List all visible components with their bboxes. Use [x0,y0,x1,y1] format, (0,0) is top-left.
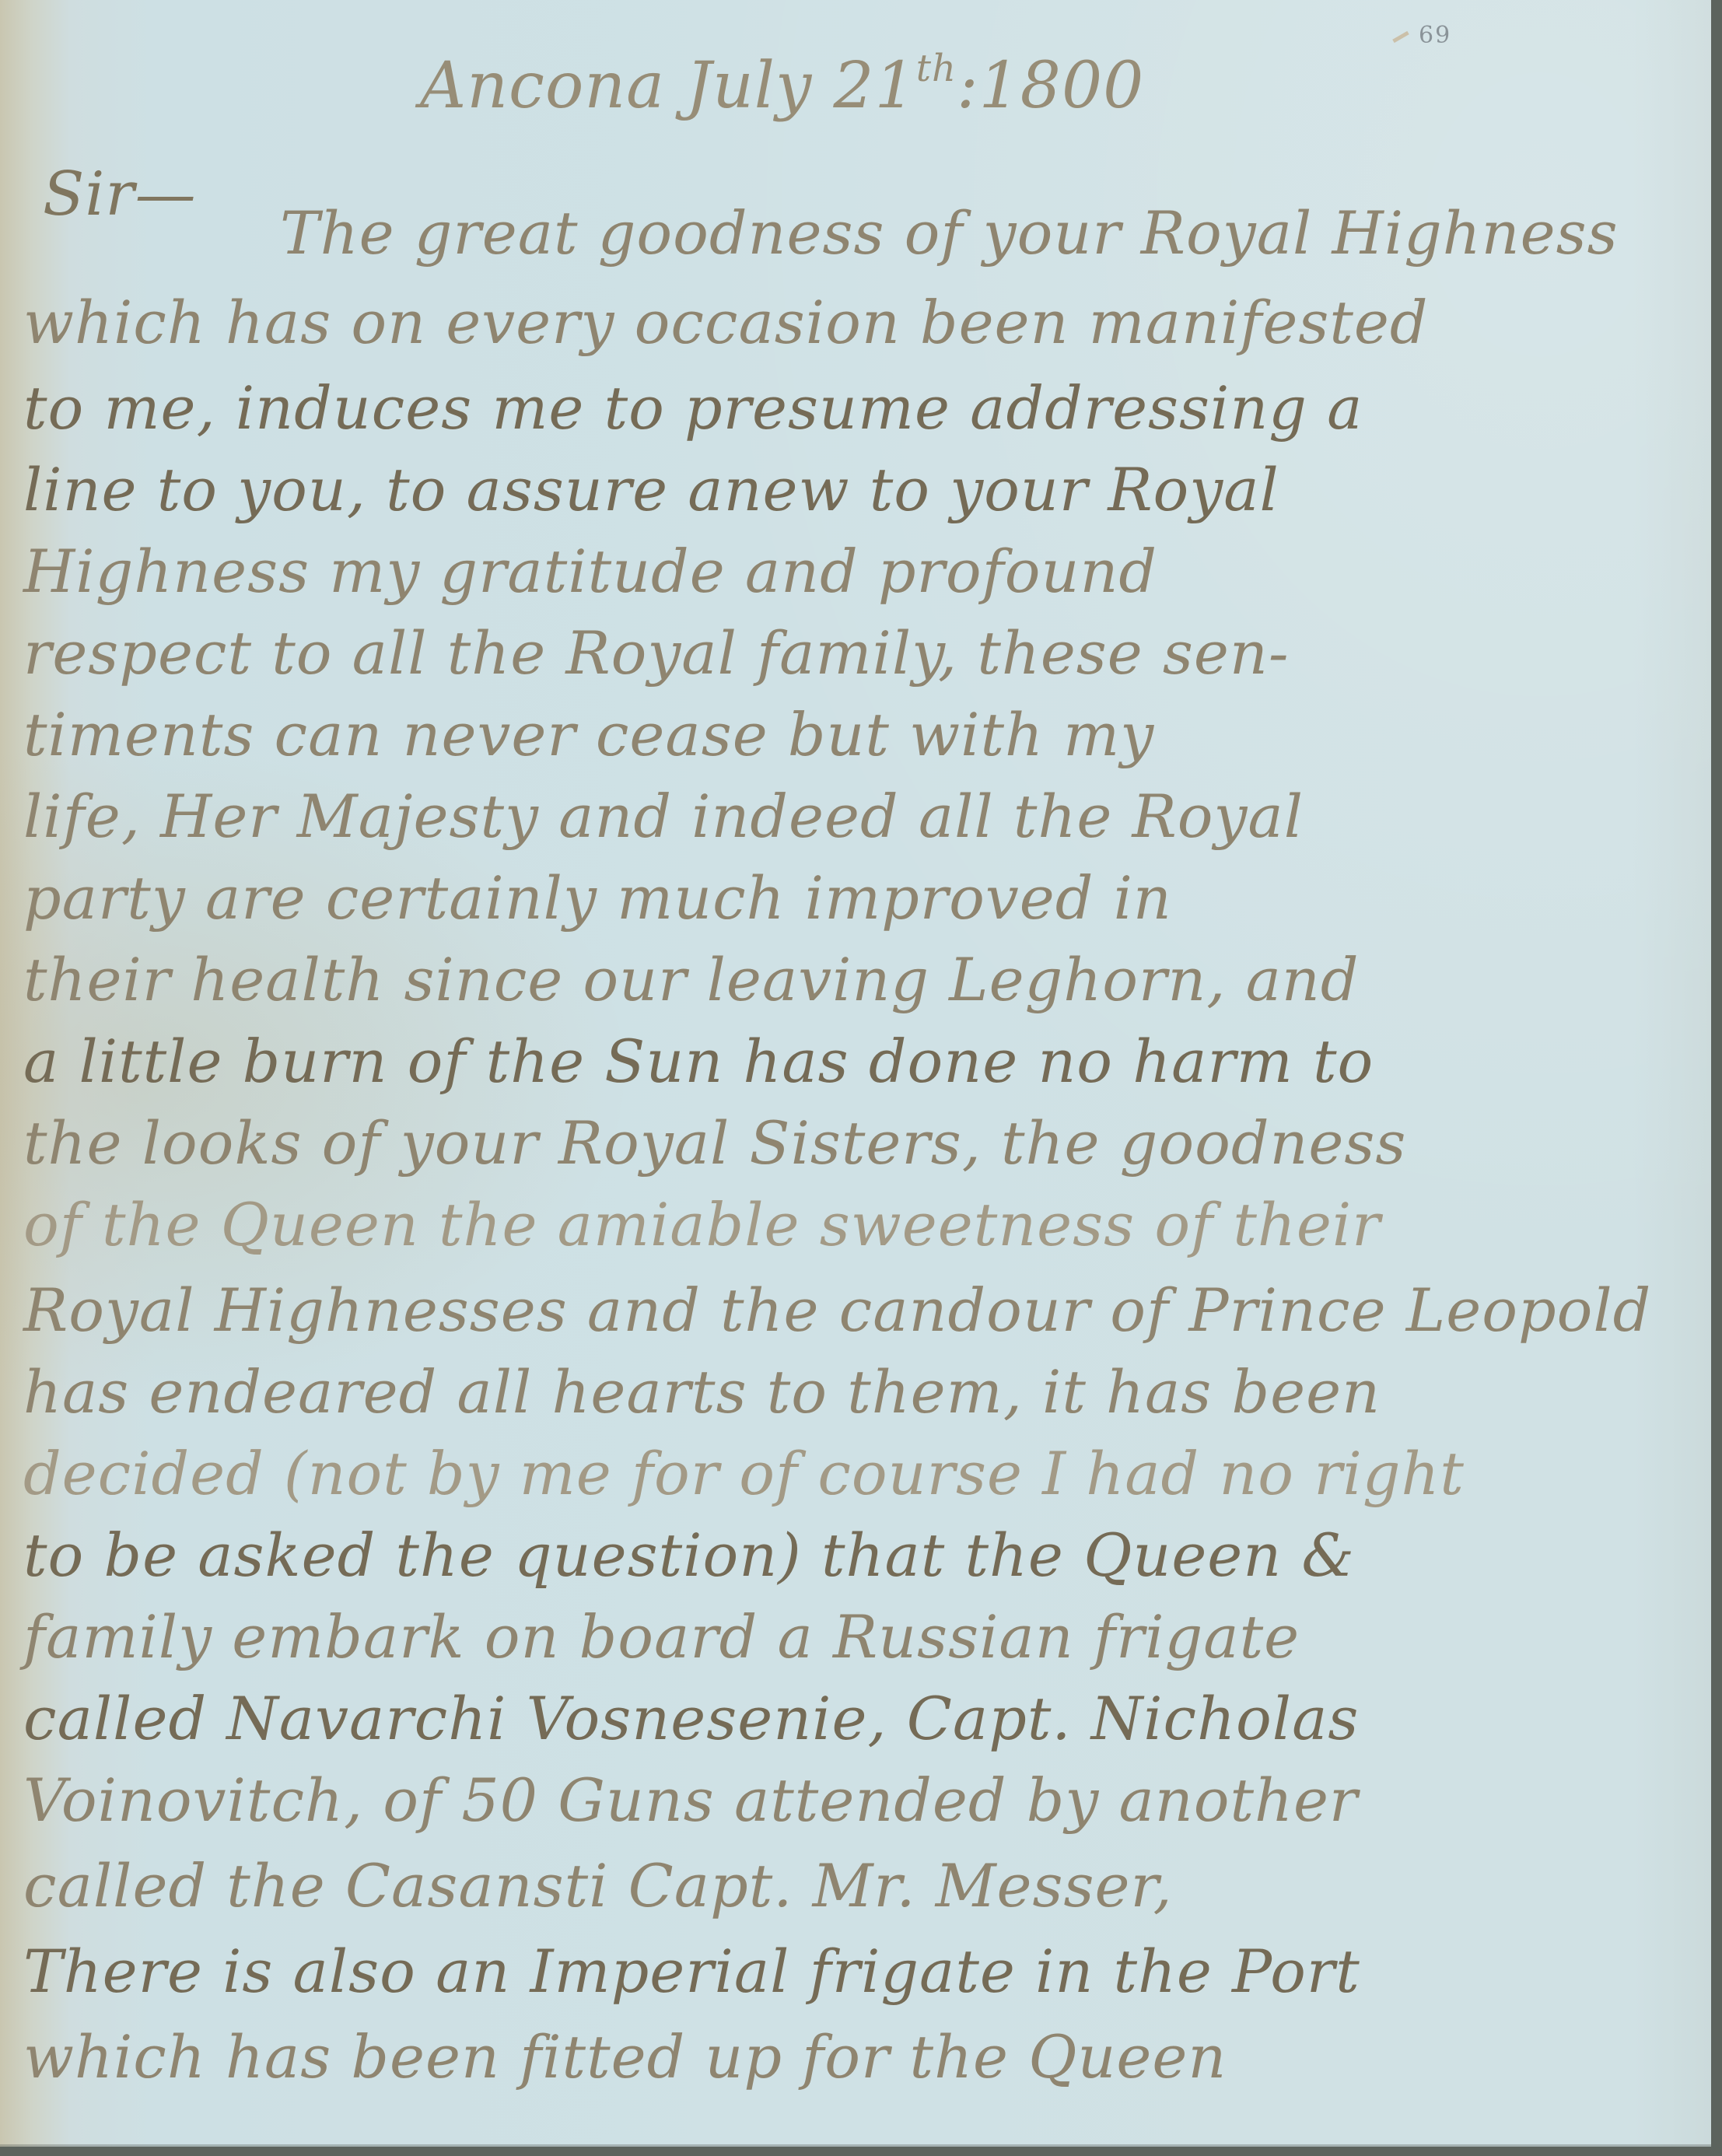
letter-page: 69 Ancona July 21th:1800 Sir— The great … [0,0,1711,2147]
letter-line-6: respect to all the Royal family, these s… [23,618,1696,688]
letter-line-21: called the Casansti Capt. Mr. Messer, [23,1851,1696,1920]
place-name: Ancona [420,49,665,123]
dateline: Ancona July 21th:1800 [420,47,1144,123]
date-day: 21 [833,49,915,123]
salutation: Sir— [43,159,197,229]
letter-line-4: line to you, to assure anew to your Roya… [23,455,1696,524]
letter-line-10: their health since our leaving Leghorn, … [23,945,1696,1014]
letter-line-18: family embark on board a Russian frigate [23,1602,1696,1671]
folio-number: 69 [1392,22,1451,49]
scan-border-right [1711,0,1722,2156]
pencil-tick-mark [1392,30,1409,42]
letter-line-12: the looks of your Royal Sisters, the goo… [23,1108,1696,1178]
letter-line-5: Highness my gratitude and profound [23,537,1696,606]
letter-line-17: to be asked the question) that the Queen… [23,1521,1696,1590]
letter-line-23: which has been fitted up for the Queen [23,2022,1696,2091]
scan-border-bottom [0,2147,1722,2156]
letter-line-19: called Navarchi Vosnesenie, Capt. Nichol… [23,1684,1696,1753]
date-day-suffix: th [916,47,957,90]
letter-line-16: decided (not by me for of course I had n… [23,1439,1696,1508]
date-year: 1800 [979,49,1145,123]
letter-line-1: The great goodness of your Royal Highnes… [280,198,1722,268]
letter-line-11: a little burn of the Sun has done no har… [23,1027,1696,1096]
letter-line-9: party are certainly much improved in [23,863,1696,933]
letter-line-15: has endeared all hearts to them, it has … [23,1357,1696,1426]
letter-line-3: to me, induces me to presume addressing … [23,373,1696,443]
letter-line-13: of the Queen the amiable sweetness of th… [23,1190,1696,1259]
letter-line-8: life, Her Majesty and indeed all the Roy… [23,782,1696,851]
letter-line-20: Voinovitch, of 50 Guns attended by anoth… [23,1766,1696,1835]
letter-line-2: which has on every occasion been manifes… [23,288,1696,357]
letter-line-14: Royal Highnesses and the candour of Prin… [23,1276,1696,1345]
letter-line-7: timents can never cease but with my [23,700,1696,769]
letter-line-22: There is also an Imperial frigate in the… [23,1937,1696,2006]
date-month: July [686,49,812,123]
